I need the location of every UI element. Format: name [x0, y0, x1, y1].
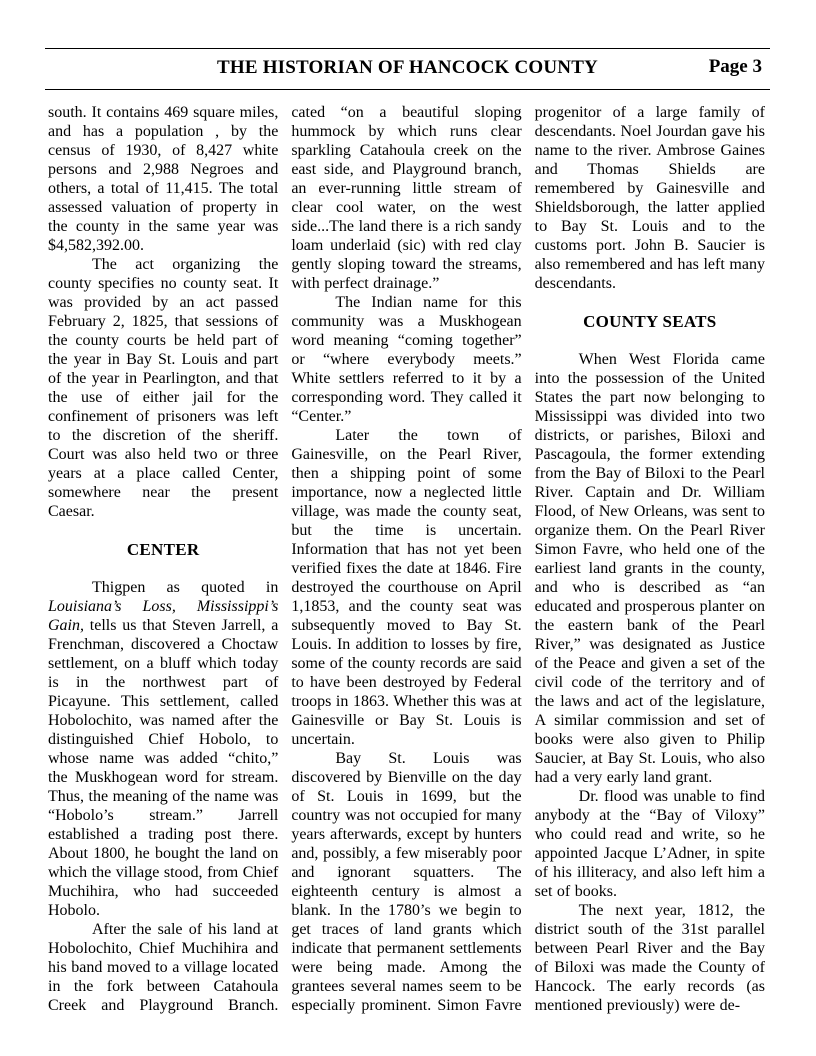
text-run: south. It contains 469 square miles, and… — [48, 104, 278, 254]
text-run: After the sale of his land at Hobolochit… — [48, 921, 278, 1016]
paragraph: When West Florida came into the possessi… — [535, 350, 765, 787]
text-run: The next year, 1812, the district south … — [535, 902, 765, 1014]
masthead: THE HISTORIAN OF HANCOCK COUNTY Page 3 — [45, 55, 770, 85]
paragraph: The next year, 1812, the district south … — [535, 901, 765, 1015]
text-run: Dr. flood was unable to find anybody at … — [535, 788, 765, 900]
text-run: progenitor of a large family of descenda… — [535, 104, 765, 292]
paragraph: After the sale of his land at Hobolochit… — [48, 920, 278, 1016]
text-run: tells us that Steven Jarrell, a Frenchma… — [48, 617, 278, 919]
column-3: progenitor of a large family of descenda… — [535, 103, 765, 1016]
text-run: Later the town of Gainesville, on the Pe… — [291, 427, 521, 748]
text-run: The act organizing the county specifies … — [48, 256, 278, 520]
header-bottom-rule — [45, 89, 770, 90]
section-heading: COUNTY SEATS — [535, 312, 765, 331]
text-run: Bay St. Louis was discovered by Bienvill… — [291, 750, 521, 1016]
header-top-rule — [45, 48, 770, 49]
paragraph: The Indian name for this community was a… — [291, 293, 521, 426]
paragraph: cated “on a beautiful sloping hummock by… — [291, 103, 521, 293]
column-1: south. It contains 469 square miles, and… — [48, 103, 278, 1016]
paragraph: Bay St. Louis was discovered by Bienvill… — [291, 749, 521, 1016]
paragraph: Dr. flood was unable to find anybody at … — [535, 787, 765, 901]
section-heading: CENTER — [48, 540, 278, 559]
column-2: cated “on a beautiful sloping hummock by… — [291, 103, 521, 1016]
paragraph: Thigpen as quoted in Louisiana’s Loss, M… — [48, 578, 278, 920]
paragraph: south. It contains 469 square miles, and… — [48, 103, 278, 255]
paragraph: The act organizing the county specifies … — [48, 255, 278, 521]
page-title: THE HISTORIAN OF HANCOCK COUNTY — [45, 57, 770, 79]
paragraph: progenitor of a large family of descenda… — [535, 103, 765, 293]
page-number: Page 3 — [709, 56, 762, 78]
paragraph: Later the town of Gainesville, on the Pe… — [291, 426, 521, 749]
text-run: cated “on a beautiful sloping hummock by… — [291, 104, 521, 292]
newspaper-page: THE HISTORIAN OF HANCOCK COUNTY Page 3 s… — [0, 0, 816, 1056]
text-run: When West Florida came into the possessi… — [535, 351, 765, 786]
text-run: The Indian name for this community was a… — [291, 294, 521, 425]
text-run: Thigpen as quoted in — [92, 579, 278, 596]
article-columns: south. It contains 469 square miles, and… — [48, 103, 765, 1016]
